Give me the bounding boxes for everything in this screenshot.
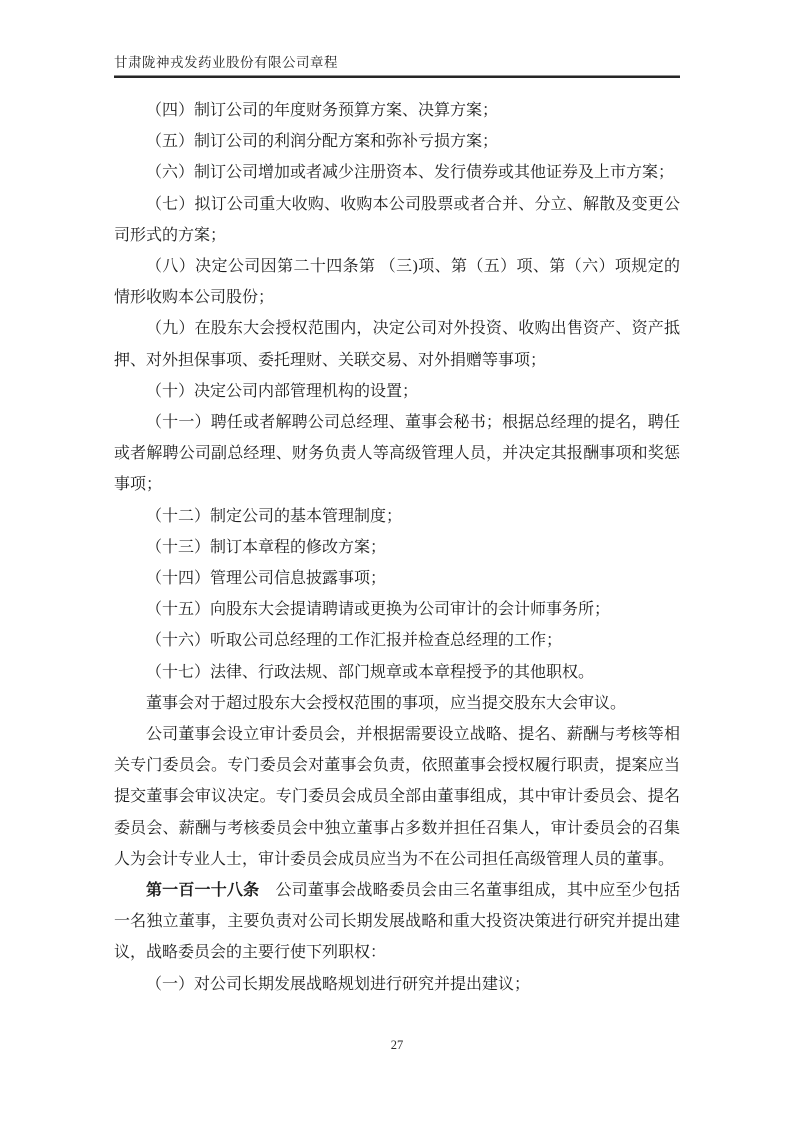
paragraph-item-15: （十五）向股东大会提请聘请或更换为公司审计的会计师事务所； [114,594,680,625]
paragraph-item-13: （十三）制订本章程的修改方案； [114,532,680,563]
paragraph-item-5: （五）制订公司的利润分配方案和弥补亏损方案； [114,126,680,157]
paragraph-item-8: （八）决定公司因第二十四条第 （三)项、第（五）项、第（六）项规定的情形收购本公… [114,251,680,313]
paragraph-item-16: （十六）听取公司总经理的工作汇报并检查总经理的工作； [114,625,680,656]
paragraph-item-10: （十）决定公司内部管理机构的设置； [114,376,680,407]
paragraph-item-6: （六）制订公司增加或者减少注册资本、发行债券或其他证券及上市方案； [114,157,680,188]
paragraph-board-submit: 董事会对于超过股东大会授权范围的事项，应当提交股东大会审议。 [114,688,680,719]
header-title: 甘肃陇神戎发药业股份有限公司章程 [114,54,680,72]
article-118-number: 第一百一十八条 [146,882,259,899]
page-footer: 27 [0,1038,794,1053]
paragraph-article-118: 第一百一十八条 公司董事会战略委员会由三名董事组成，其中应至少包括一名独立董事，… [114,875,680,969]
paragraph-item-4: （四）制订公司的年度财务预算方案、决算方案； [114,95,680,126]
header-rule-thick-line [114,76,680,78]
paragraph-item-17: （十七）法律、行政法规、部门规章或本章程授予的其他职权。 [114,657,680,688]
paragraph-item-1: （一）对公司长期发展战略规划进行研究并提出建议； [114,969,680,1000]
paragraph-item-11: （十一）聘任或者解聘公司总经理、董事会秘书；根据总经理的提名，聘任或者解聘公司副… [114,407,680,501]
paragraph-item-14: （十四）管理公司信息披露事项； [114,563,680,594]
page-number: 27 [0,1038,794,1053]
header-rule [114,75,680,78]
document-page: 甘肃陇神戎发药业股份有限公司章程 （四）制订公司的年度财务预算方案、决算方案； … [0,0,794,1122]
paragraph-item-9: （九）在股东大会授权范围内，决定公司对外投资、收购出售资产、资产抵押、对外担保事… [114,313,680,375]
document-body: （四）制订公司的年度财务预算方案、决算方案； （五）制订公司的利润分配方案和弥补… [114,95,680,1000]
paragraph-item-7: （七）拟订公司重大收购、收购本公司股票或者合并、分立、解散及变更公司形式的方案； [114,189,680,251]
page-header: 甘肃陇神戎发药业股份有限公司章程 [114,54,680,78]
paragraph-committees: 公司董事会设立审计委员会，并根据需要设立战略、提名、薪酬与考核等相关专门委员会。… [114,719,680,875]
paragraph-item-12: （十二）制定公司的基本管理制度； [114,501,680,532]
